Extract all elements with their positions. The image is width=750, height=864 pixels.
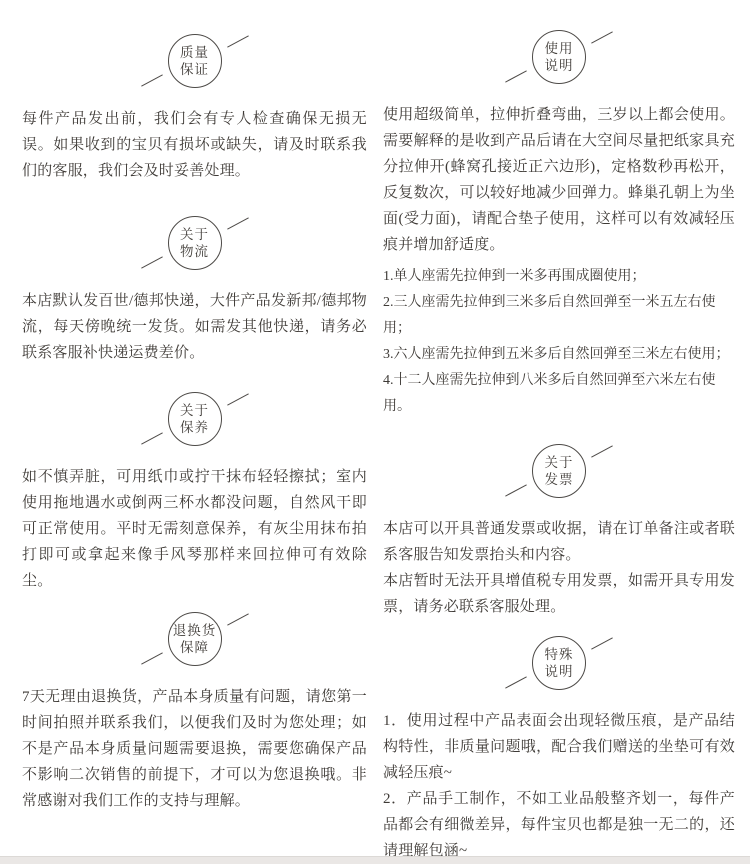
section-body-paragraph-2: 本店暂时无法开具增值税专用发票，如需开具专用发票，请务必联系客服处理。 xyxy=(383,568,735,620)
section-body: 使用超级简单，拉伸折叠弯曲，三岁以上都会使用。需要解释的是收到产品后请在大空间尽… xyxy=(383,102,735,258)
badge-diagonal-line-bottom-left xyxy=(141,256,163,268)
badge-title-line2: 保障 xyxy=(180,639,209,656)
badge-circle: 退换货 保障 xyxy=(168,612,222,666)
special-note-1: 1．使用过程中产品表面会出现轻微压痕，是产品结构特性，非质量问题哦，配合我们赠送… xyxy=(383,708,735,786)
badge-title-line1: 关于 xyxy=(180,226,209,243)
section-care: 关于 保养 如不慎弄脏，可用纸巾或拧干抹布轻轻擦拭；室内使用拖地遇水或倒两三杯水… xyxy=(22,390,367,594)
section-body: 本店默认发百世/德邦快递，大件产品发新邦/德邦物流，每天傍晚统一发货。如需发其他… xyxy=(22,288,367,366)
section-badge-logistics: 关于 物流 xyxy=(140,214,250,272)
badge-title-line2: 保证 xyxy=(180,61,209,78)
badge-circle: 关于 保养 xyxy=(168,392,222,446)
badge-title-line1: 特殊 xyxy=(545,646,574,663)
list-item-1: 1.单人座需先拉伸到一米多再围成圈使用； xyxy=(383,264,735,290)
badge-title-line2: 保养 xyxy=(180,419,209,436)
badge-diagonal-line-top-right xyxy=(227,613,249,625)
badge-title-line2: 发票 xyxy=(545,471,574,488)
badge-circle: 使用 说明 xyxy=(532,30,586,84)
list-item-4: 4.十二人座需先拉伸到八米多后自然回弹至六米左右使用。 xyxy=(383,368,735,420)
badge-title-line1: 退换货 xyxy=(173,622,217,639)
list-item-3: 3.六人座需先拉伸到五米多后自然回弹至三米左右使用； xyxy=(383,342,735,368)
section-badge-special: 特殊 说明 xyxy=(504,634,614,692)
right-column: 使用 说明 使用超级简单，拉伸折叠弯曲，三岁以上都会使用。需要解释的是收到产品后… xyxy=(383,0,735,864)
badge-circle: 关于 发票 xyxy=(532,444,586,498)
product-info-page: 质量 保证 每件产品发出前，我们会有专人检查确保无损无误。如果收到的宝贝有损坏或… xyxy=(0,0,750,864)
badge-diagonal-line-top-right xyxy=(591,637,613,649)
badge-diagonal-line-bottom-left xyxy=(141,652,163,664)
section-badge-invoice: 关于 发票 xyxy=(504,442,614,500)
section-body-paragraph-1: 本店可以开具普通发票或收据，请在订单备注或者联系客服告知发票抬头和内容。 xyxy=(383,516,735,568)
section-logistics: 关于 物流 本店默认发百世/德邦快递，大件产品发新邦/德邦物流，每天傍晚统一发货… xyxy=(22,214,367,366)
badge-title-line1: 关于 xyxy=(545,454,574,471)
badge-diagonal-line-top-right xyxy=(591,445,613,457)
left-column: 质量 保证 每件产品发出前，我们会有专人检查确保无损无误。如果收到的宝贝有损坏或… xyxy=(22,0,367,864)
list-item-2: 2.三人座需先拉伸到三米多后自然回弹至一米五左右使用； xyxy=(383,290,735,342)
section-usage-instructions: 使用 说明 使用超级简单，拉伸折叠弯曲，三岁以上都会使用。需要解释的是收到产品后… xyxy=(383,28,735,420)
section-body: 每件产品发出前，我们会有专人检查确保无损无误。如果收到的宝贝有损坏或缺失，请及时… xyxy=(22,106,367,184)
two-column-layout: 质量 保证 每件产品发出前，我们会有专人检查确保无损无误。如果收到的宝贝有损坏或… xyxy=(0,0,750,864)
badge-diagonal-line-top-right xyxy=(227,35,249,47)
badge-title-line2: 物流 xyxy=(180,243,209,260)
section-invoice: 关于 发票 本店可以开具普通发票或收据，请在订单备注或者联系客服告知发票抬头和内… xyxy=(383,442,735,620)
badge-title-line1: 质量 xyxy=(180,44,209,61)
badge-diagonal-line-bottom-left xyxy=(505,676,527,688)
badge-title-line1: 使用 xyxy=(545,40,574,57)
special-note-2: 2．产品手工制作，不如工业品般整齐划一，每件产品都会有细微差异，每件宝贝也都是独… xyxy=(383,786,735,864)
badge-title-line1: 关于 xyxy=(180,402,209,419)
section-return-guarantee: 退换货 保障 7天无理由退换货，产品本身质量有问题，请您第一时间拍照并联系我们，… xyxy=(22,610,367,814)
badge-circle: 关于 物流 xyxy=(168,216,222,270)
badge-circle: 质量 保证 xyxy=(168,34,222,88)
badge-diagonal-line-top-right xyxy=(227,393,249,405)
badge-title-line2: 说明 xyxy=(545,663,574,680)
section-badge-quality: 质量 保证 xyxy=(140,32,250,90)
badge-diagonal-line-top-right xyxy=(591,31,613,43)
badge-circle: 特殊 说明 xyxy=(532,636,586,690)
section-badge-returns: 退换货 保障 xyxy=(140,610,250,668)
badge-title-line2: 说明 xyxy=(545,57,574,74)
section-body: 如不慎弄脏，可用纸巾或拧干抹布轻轻擦拭；室内使用拖地遇水或倒两三杯水都没问题，自… xyxy=(22,464,367,594)
section-badge-usage: 使用 说明 xyxy=(504,28,614,86)
section-body: 7天无理由退换货，产品本身质量有问题，请您第一时间拍照并联系我们，以便我们及时为… xyxy=(22,684,367,814)
badge-diagonal-line-top-right xyxy=(227,217,249,229)
badge-diagonal-line-bottom-left xyxy=(505,70,527,82)
badge-diagonal-line-bottom-left xyxy=(505,484,527,496)
usage-size-list: 1.单人座需先拉伸到一米多再围成圈使用； 2.三人座需先拉伸到三米多后自然回弹至… xyxy=(383,264,735,420)
footer-band xyxy=(0,856,750,864)
section-quality-guarantee: 质量 保证 每件产品发出前，我们会有专人检查确保无损无误。如果收到的宝贝有损坏或… xyxy=(22,32,367,184)
section-special-notes: 特殊 说明 1．使用过程中产品表面会出现轻微压痕，是产品结构特性，非质量问题哦，… xyxy=(383,634,735,864)
badge-diagonal-line-bottom-left xyxy=(141,74,163,86)
section-badge-care: 关于 保养 xyxy=(140,390,250,448)
badge-diagonal-line-bottom-left xyxy=(141,432,163,444)
